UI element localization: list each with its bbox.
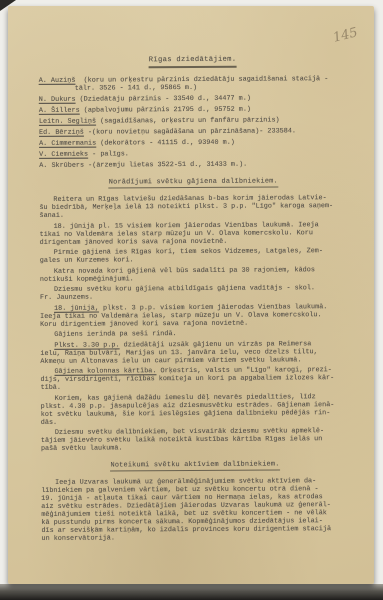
contact-name: Ed. Bērziņš bbox=[39, 129, 84, 137]
contact-name: V. Ciemnieks bbox=[39, 151, 88, 159]
contact-info: -(ārzemju lietas 3522-51 d., 31433 m.). bbox=[84, 161, 247, 170]
paragraph: Reitera un Rīgas latviešu dziedāšanas b-… bbox=[39, 194, 347, 220]
paragraph: Katra novada kori gājienā vēl būs sadalī… bbox=[40, 266, 348, 284]
paragraph-text: Pirmie gājienā ies Rīgas kori, tiem seko… bbox=[40, 247, 323, 265]
contact-entry: V. Ciemnieks - palīgs. bbox=[39, 149, 347, 159]
paragraph-lead: 18. jūnijā, bbox=[54, 304, 99, 312]
paragraph: Dziesmu svētku dalībniekiem, bet visvair… bbox=[41, 427, 349, 453]
document-title: Rīgas dziedātājiem. bbox=[39, 55, 347, 65]
contact-info: (dekorātors - 41115 d., 93940 m.) bbox=[96, 139, 235, 148]
contact-entry: A. Šillers (apbalvojumu pārzinis 21795 d… bbox=[39, 105, 347, 115]
paragraph-text: Dziesmu svētku dalībniekiem, bet visvair… bbox=[41, 427, 324, 453]
paragraph: Gājiens ierindā pa seši rindā. bbox=[40, 329, 348, 339]
scanned-document-page: 145 Rīgas dziedātājiem. A. Auziņš (koru … bbox=[8, 6, 374, 584]
paragraph: 18. jūnijā, plkst. 3 p.p. visiem koriem … bbox=[40, 303, 348, 329]
paragraph-text: Katra novada kori gājienā vēl būs sadalī… bbox=[40, 266, 315, 284]
contact-name: A. Cimmermanis bbox=[39, 140, 96, 148]
paragraph: Plkst. 3.30 p.p. dziedātāji uzsāk gājien… bbox=[40, 340, 348, 366]
paragraph-text: Gājiens ierindā pa seši rindā. bbox=[54, 330, 176, 339]
contact-name: A. Auziņš bbox=[39, 77, 76, 85]
paragraph: Pirmie gājienā ies Rīgas kori, tiem seko… bbox=[40, 247, 348, 265]
paragraph: Ieeja Uzvaras laukumā uz ģenerālmēģināju… bbox=[41, 477, 349, 543]
contact-info: (koru un orķestru pārzinis dziedātāju sa… bbox=[75, 75, 329, 93]
document-title-text: Rīgas dziedātājiem. bbox=[149, 56, 237, 69]
paragraph-text: Koriem, kas gājienā dažādu iemeslu dēļ n… bbox=[41, 393, 335, 427]
section-heading-text: Noteikumi svētku aktīviem dalībniekiem. bbox=[110, 460, 279, 471]
contact-entry: Leitn. Segliņš (sagaidīšanas, orķestru u… bbox=[39, 116, 347, 126]
contact-entry: Ed. Bērziņš -(koru novietņu sagādāšana u… bbox=[39, 127, 347, 137]
contact-name: A. Šillers bbox=[39, 107, 80, 115]
section-heading-active-participants: Noteikumi svētku aktīviem dalībniekiem. bbox=[41, 460, 349, 470]
contact-info: - palīgs. bbox=[88, 150, 129, 158]
paragraph: Dziesmu svētku koru gājiena atbildīgais … bbox=[40, 284, 348, 302]
contact-name: N. Dukurs bbox=[39, 96, 76, 104]
section-heading-procession: Norādījumi svētku gājiena dalībniekiem. bbox=[39, 177, 347, 187]
contact-entry: A. Auziņš (koru un orķestru pārzinis dzi… bbox=[39, 75, 347, 93]
contact-entry: N. Dukurs (Dziedātāju pārzinis - 33540 d… bbox=[39, 94, 347, 104]
contact-name: Leitn. Segliņš bbox=[39, 118, 96, 126]
paragraph-text: 18. jūnijā pl. 15 visiem koriem jāieroda… bbox=[40, 221, 319, 247]
contact-info: -(koru novietņu sagādāšana un pārzināšan… bbox=[84, 127, 296, 136]
contact-info: (sagaidīšanas, orķestru un fanfāru pārzi… bbox=[96, 116, 280, 125]
scan-background-bottom bbox=[0, 584, 383, 600]
paragraph-text: Ieeja Uzvaras laukumā uz ģenerālmēģināju… bbox=[41, 477, 331, 543]
contact-name: A. Skrūbers bbox=[39, 162, 84, 170]
document-content: Rīgas dziedātājiem. A. Auziņš (koru un o… bbox=[6, 5, 376, 585]
contact-info: (apbalvojumu pārzinis 21795 d., 95752 m.… bbox=[80, 106, 251, 115]
contact-entry: A. Cimmermanis (dekorātors - 41115 d., 9… bbox=[39, 138, 347, 148]
paragraph-text: Dziesmu svētku koru gājiena atbildīgais … bbox=[40, 284, 315, 302]
contact-entry: A. Skrūbers -(ārzemju lietas 3522-51 d.,… bbox=[39, 160, 347, 170]
section-heading-text: Norādījumi svētku gājiena dalībniekiem. bbox=[109, 177, 278, 188]
paragraph-text: Reitera un Rīgas latviešu dziedāšanas b-… bbox=[39, 194, 333, 220]
contact-info: (Dziedātāju pārzinis - 33540 d., 34477 m… bbox=[75, 95, 250, 104]
paragraph: Koriem, kas gājienā dažādu iemeslu dēļ n… bbox=[41, 393, 349, 427]
paragraph: Gājiena kolonnas kārtība. Orķestris, val… bbox=[40, 366, 348, 392]
paragraph: 18. jūnijā pl. 15 visiem koriem jāieroda… bbox=[40, 221, 348, 247]
